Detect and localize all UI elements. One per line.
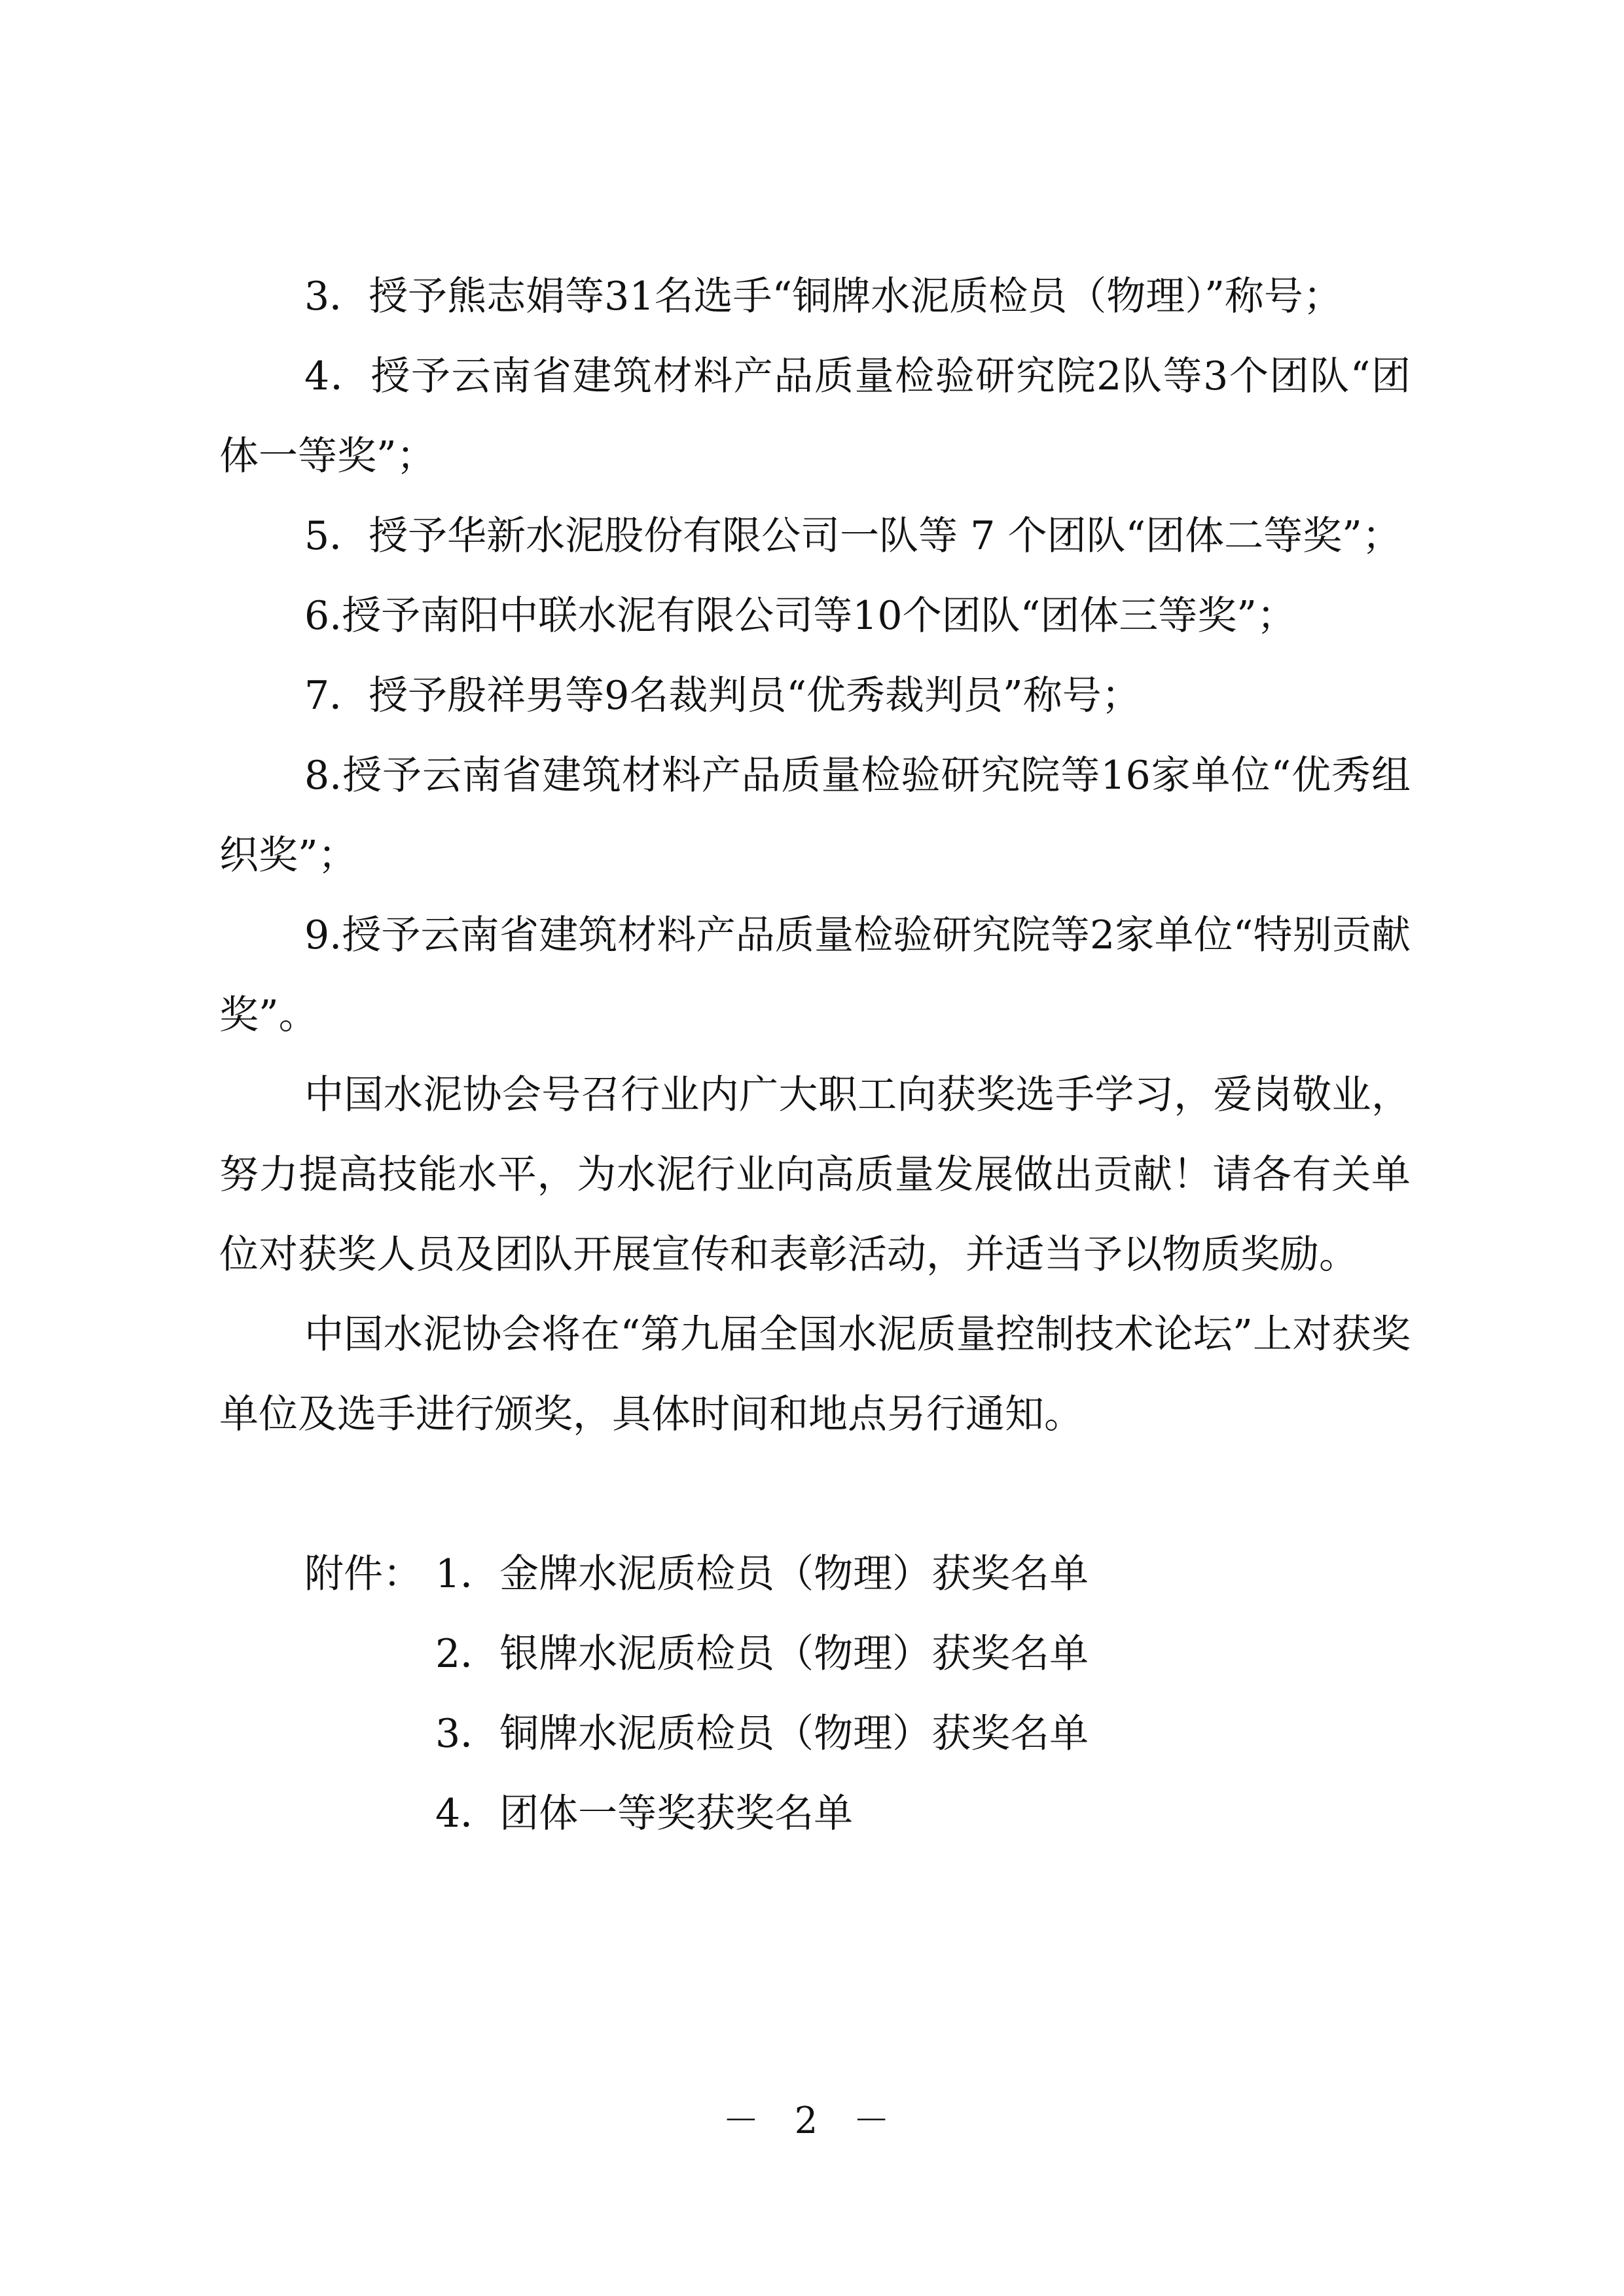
- award-item-9: 9.授予云南省建筑材料产品质量检验研究院等2家单位“特别贡献奖”。: [219, 895, 1411, 1055]
- attachment-row-1: 附件： 1．金牌水泥质检员（物理）获奖名单: [219, 1534, 1411, 1614]
- attachment-item: 4．团体一等奖获奖名单: [435, 1774, 853, 1854]
- award-item-4: 4．授予云南省建筑材料产品质量检验研究院2队等3个团队“团体一等奖”；: [219, 336, 1411, 496]
- award-item-7: 7．授予殷祥男等9名裁判员“优秀裁判员”称号；: [219, 656, 1411, 736]
- attachment-item: 3．铜牌水泥质检员（物理）获奖名单: [435, 1694, 1089, 1774]
- award-item-6: 6.授予南阳中联水泥有限公司等10个团队“团体三等奖”；: [219, 576, 1411, 656]
- attachment-item: 1．金牌水泥质检员（物理）获奖名单: [435, 1534, 1089, 1614]
- attachments-list: 附件： 1．金牌水泥质检员（物理）获奖名单 2．银牌水泥质检员（物理）获奖名单 …: [219, 1534, 1411, 1854]
- page-number: － 2 －: [0, 2092, 1624, 2144]
- call-to-action-paragraph: 中国水泥协会号召行业内广大职工向获奖选手学习，爱岗敬业，努力提高技能水平，为水泥…: [219, 1055, 1411, 1295]
- award-item-3: 3．授予熊志娟等31名选手“铜牌水泥质检员（物理）”称号；: [219, 257, 1411, 336]
- award-item-8: 8.授予云南省建筑材料产品质量检验研究院等16家单位“优秀组织奖”；: [219, 736, 1411, 895]
- attachment-row-2: 2．银牌水泥质检员（物理）获奖名单: [219, 1614, 1411, 1694]
- award-item-5: 5．授予华新水泥股份有限公司一队等 7 个团队“团体二等奖”；: [219, 496, 1411, 576]
- attachment-row-3: 3．铜牌水泥质检员（物理）获奖名单: [219, 1694, 1411, 1774]
- attachment-item: 2．银牌水泥质检员（物理）获奖名单: [435, 1614, 1089, 1694]
- document-body: 3．授予熊志娟等31名选手“铜牌水泥质检员（物理）”称号； 4．授予云南省建筑材…: [219, 257, 1411, 1854]
- attachments-label: 附件：: [219, 1534, 435, 1614]
- ceremony-notice-paragraph: 中国水泥协会将在“第九届全国水泥质量控制技术论坛”上对获奖单位及选手进行颁奖，具…: [219, 1295, 1411, 1454]
- attachment-row-4: 4．团体一等奖获奖名单: [219, 1774, 1411, 1854]
